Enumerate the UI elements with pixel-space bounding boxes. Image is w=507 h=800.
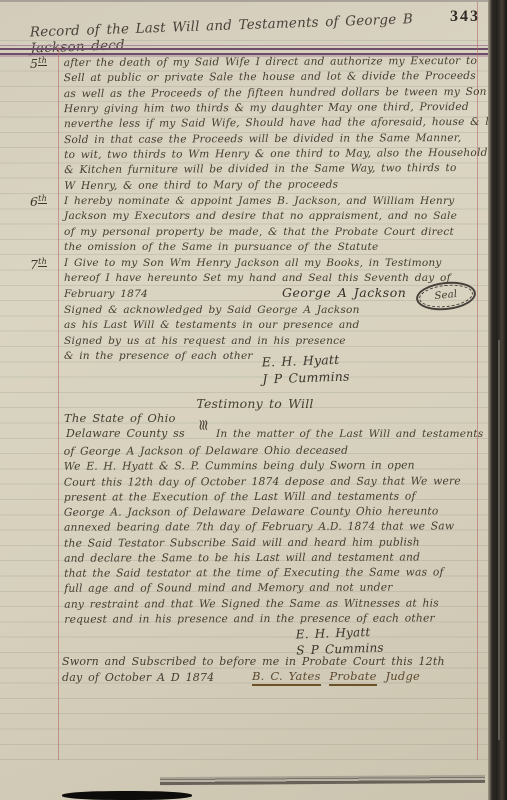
- text-line: In the matter of the Last Will and testa…: [216, 428, 483, 440]
- item-number-5: 5th: [30, 56, 47, 71]
- signature-row: February 1874 George A Jackson Seal: [64, 287, 476, 303]
- left-margin-line: [58, 47, 59, 760]
- header-rule-top: [0, 48, 489, 50]
- text-line: the Said Testator Subscribe Said will an…: [64, 534, 476, 551]
- page-top-edge: [0, 0, 488, 2]
- venue-state: The State of Ohio: [64, 411, 176, 425]
- text-line: full age and of Sound mind and Memory an…: [64, 580, 476, 597]
- text-line: hereof I have hereunto Set my hand and S…: [64, 271, 476, 286]
- shadow-blob: [62, 791, 192, 800]
- text-line: W Henry, & one third to Mary of the proc…: [64, 177, 476, 195]
- text-line: as his Last Will & testaments in our pre…: [64, 318, 394, 333]
- text-line: of my personal property be made, & that …: [64, 225, 476, 240]
- judge-title-word1: Probate: [329, 669, 376, 686]
- text-line: request and in his presence and in the p…: [64, 610, 476, 627]
- text-line: We E. H. Hyatt & S. P. Cummins being dul…: [64, 458, 476, 475]
- header-rule-thin: [0, 45, 489, 46]
- text-line: Jackson my Executors and desire that no …: [64, 209, 476, 224]
- witness-signature: J P Cummins: [262, 367, 350, 387]
- text-line: George A. Jackson of Delaware Delaware C…: [64, 503, 476, 520]
- attestation-witness-signatures: E. H. Hyatt J P Cummins: [261, 350, 349, 387]
- text-line: any restraint and that We Signed the Sam…: [64, 595, 476, 612]
- item-number-5-ordinal: th: [38, 56, 47, 66]
- ss-brace-icon: ≋: [194, 419, 212, 432]
- judge-title-word2: Judge: [385, 669, 420, 683]
- judge-signature: B. C. Yates: [252, 669, 321, 686]
- text-line: annexed bearing date 7th day of February…: [64, 519, 476, 536]
- text-line: Signed by us at his request and in his p…: [64, 334, 394, 349]
- book-edge-right: [488, 0, 507, 800]
- text-line: of George A Jackson of Delaware Ohio dec…: [64, 442, 476, 459]
- text-line: & Kitchen furniture will be divided in t…: [64, 161, 476, 179]
- item-number-7: 7th: [30, 257, 47, 272]
- item-number-6-digit: 6: [30, 194, 38, 209]
- text-line: and declare the Same to be his Last will…: [64, 549, 476, 566]
- item-number-7-digit: 7: [30, 257, 38, 272]
- text-line: Court this 12th day of October 1874 depo…: [64, 473, 476, 490]
- testimony-heading: Testimony to Will: [150, 396, 360, 411]
- text-line: Signed & acknowledged by Said George A J…: [64, 303, 394, 318]
- testator-signature: George A Jackson: [282, 285, 406, 300]
- text-line: I Give to my Son Wm Henry Jackson all my…: [64, 256, 476, 271]
- judge-signature-block: B. C. Yates Probate Judge: [252, 669, 420, 683]
- will-item-5: after the death of my Said Wife I direct…: [64, 54, 477, 194]
- seal-label: Seal: [417, 281, 475, 311]
- will-item-7: I Give to my Son Wm Henry Jackson all my…: [64, 256, 476, 303]
- date-text: February 1874: [64, 288, 148, 300]
- jurat-date: day of October A D 1874: [62, 671, 214, 684]
- text-line: Sell at public or private Sale the house…: [64, 69, 476, 87]
- record-book-page: 343 Record of the Last Will and Testamen…: [0, 0, 507, 800]
- text-line: present at the Execution of the Last Wil…: [64, 488, 476, 505]
- text-line: that the Said testator at the time of Ex…: [64, 564, 476, 581]
- item-number-5-digit: 5: [30, 56, 38, 71]
- item-number-7-ordinal: th: [38, 257, 47, 267]
- testimony-body: of George A Jackson of Delaware Ohio dec…: [64, 442, 477, 626]
- venue-county: Delaware County ss: [66, 427, 185, 440]
- jurat-line: Sworn and Subscribed to before me in Pro…: [62, 655, 445, 668]
- text-line: neverthe less if my Said Wife, Should ha…: [64, 115, 476, 133]
- item-number-6-ordinal: th: [38, 194, 47, 204]
- text-line: the omission of the Same in pursuance of…: [64, 240, 476, 255]
- text-line: I hereby nominate & appoint James B. Jac…: [64, 194, 476, 209]
- item-number-6: 6th: [30, 194, 47, 209]
- will-item-6: I hereby nominate & appoint James B. Jac…: [64, 194, 476, 255]
- testimony-witness-signatures: E. H. Hyatt S P Cummins: [295, 624, 384, 658]
